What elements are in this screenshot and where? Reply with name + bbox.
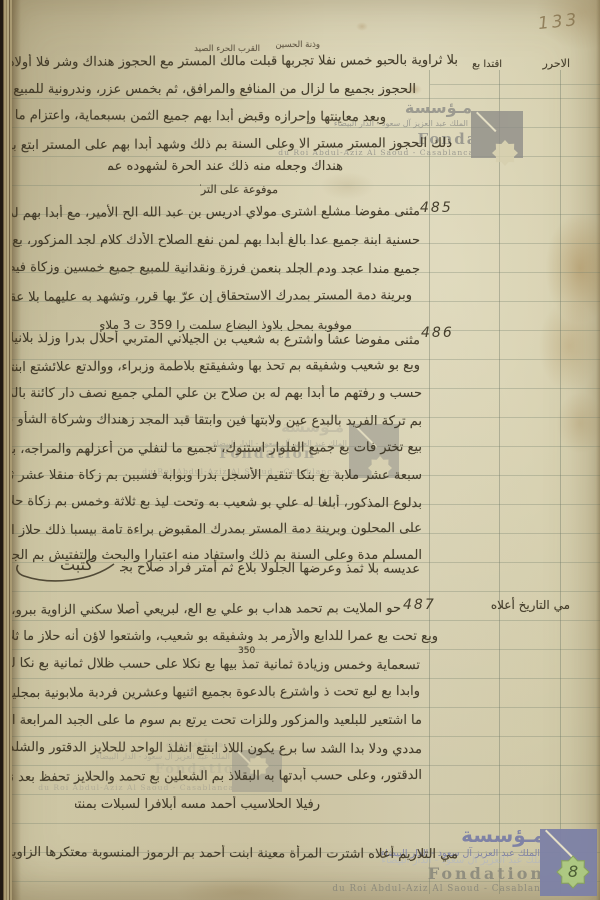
manuscript-line: حسب و رفتهم ما أبدا بهم له بن صلاح بن عل…	[8, 385, 422, 405]
manuscript-line: وبع تحت بع عمرا للدابع والأزمر بد وشفيقه…	[6, 628, 438, 648]
manuscript-line: بيع تختر فات بع جميع الفلوار استنوك، تجم…	[6, 439, 422, 461]
manuscript-line: ذلك الحجوز المستر مستر الا وعلى السنة بم…	[6, 135, 452, 157]
manuscript-line: مثنى مفوضا مشلع اشترى مولاي ادريس بن عبد…	[10, 203, 420, 225]
entry-number: 485	[420, 200, 453, 216]
manuscript-line: وابدا بع لبع تحت ذ واشترع بالدعوة بجميع …	[8, 683, 420, 705]
manuscript-line: بدلوع المذكور، أبلغا له علي بو شعيب به و…	[8, 493, 422, 515]
manuscript-line: سبعة عشر ملابة بع بنكا تنقيم الأسجل بدرا…	[8, 467, 422, 487]
manuscript-scan: مـؤسسةالملك عبد العزيز آل سعود - الدار ا…	[0, 0, 600, 900]
closing-word: كتبت	[60, 556, 93, 576]
page-right-edge	[596, 0, 600, 900]
manuscript-line: ما اشتعير للبلعيد والمزكور وللزات تحت ير…	[4, 712, 422, 732]
entry-margin-note: مي التاريخ أعلاه	[442, 596, 570, 616]
binding-shadow	[12, 0, 21, 900]
entry-number: 486	[421, 325, 454, 341]
manuscript-line: مددي ودلا بدا الشد سا برع يكون اللاذ ابن…	[6, 739, 422, 761]
superscript-number: 350	[238, 642, 255, 662]
binding-edge	[3, 0, 12, 900]
manuscript-line: الحجوز بجميع ما لزال من المنافع والمرافق…	[8, 81, 416, 101]
manuscript-line: جميع مندا عجد ودم الجلد بنعمن فرزة ونقدا…	[10, 259, 420, 281]
manuscript-line: هنداك وجعله منه ذلك عند الحرة لشهوده عمي…	[108, 158, 343, 178]
register-column-label: الاحرر	[518, 55, 570, 75]
manuscript-line: تسعماية وخمس وزيادة ثمانية تمذ بيها بع ن…	[8, 655, 420, 677]
register-column-label: اقتدا بع	[458, 56, 502, 76]
manuscript-line: الدقتور، وعلى حسب أبدتها به البقلاذ بم ا…	[8, 767, 422, 789]
binding-gutter	[0, 0, 3, 900]
manuscript-line: رفيلا الحلاسيب أحمد مسه أبلافرا لسبلات ب…	[75, 796, 320, 816]
manuscript-line: مثنى مفوضا عشا واشترع به شعيب بن الجيلان…	[8, 330, 420, 352]
manuscript-line: عديسه بلا ثمذ وعرضها الجلولا بلاع ثم أمت…	[120, 559, 420, 581]
handwriting-layer: الاحرراقتدا بعالقرب الحرء الصيدوذنة الحس…	[0, 0, 600, 900]
manuscript-line: وبعد معاينتها وإحرازه وقبض أبدا بهم جميع…	[4, 107, 386, 129]
manuscript-line: وبع بو شعيب وشفيقه بم تحذ بها وشفيقتع بل…	[8, 357, 420, 379]
manuscript-line: حو الملايت بم تحمد هداب بو علي بع الع، ل…	[8, 600, 401, 622]
manuscript-line: حسنية ابنة جميع عدا بالغ أبدا بهم لمن نف…	[8, 232, 420, 252]
manuscript-line: بلا ثراوية بالحبو خمس نفلا تجربها قبلت م…	[8, 52, 458, 74]
entry-number: 487	[403, 597, 436, 613]
manuscript-line: موفوعة على التركة	[200, 181, 278, 201]
manuscript-line: مي التلاريم أعلاه اشترت المرأة معينة ابن…	[8, 844, 458, 866]
manuscript-line: على المحلون وبرينة دمة المستر بمدرك المق…	[6, 520, 422, 542]
manuscript-line: وبرينة دمة المستر بمدرك الاستحقاق إن عرّ…	[12, 287, 412, 309]
manuscript-line: بم تركة الفريد بالبدع عين ولابتها فين وا…	[4, 411, 422, 433]
